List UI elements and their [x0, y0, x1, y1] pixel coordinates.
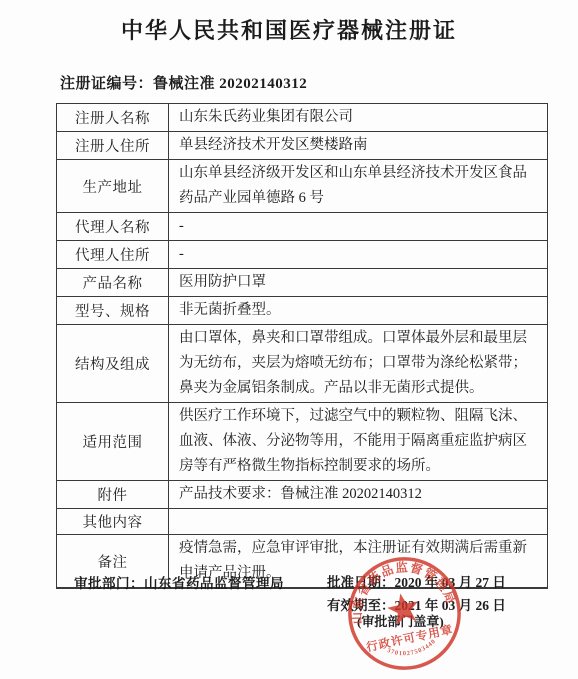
certificate-title: 中华人民共和国医疗器械注册证	[0, 14, 578, 45]
row-label: 注册人名称	[57, 104, 169, 132]
row-label: 结构及组成	[57, 325, 169, 403]
row-label: 注册人住所	[57, 132, 169, 160]
row-value	[169, 509, 548, 535]
approval-date-line: 批准日期：2020 年 03 月 27 日	[327, 571, 506, 591]
row-value: 山东朱氏药业集团有限公司	[169, 104, 548, 132]
row-label: 其他内容	[57, 509, 169, 535]
table-row: 生产地址山东单县经济级开发区和山东单县经济技术开发区食品药品产业园单德路 6 号	[57, 160, 548, 213]
registration-number-label: 注册证编号：	[60, 76, 153, 92]
certificate-document: 中华人民共和国医疗器械注册证 注册证编号：鲁械注准 20202140312 注册…	[0, 0, 578, 679]
row-value: 供医疗工作环境下，过滤空气中的颗粒物、阻隔飞沫、血液、体液、分泌物等用，不能用于…	[169, 403, 548, 481]
table-row: 产品名称医用防护口罩	[57, 269, 548, 297]
table-row: 代理人名称-	[57, 213, 548, 241]
row-value: 医用防护口罩	[169, 269, 548, 297]
row-value: 非无菌折叠型。	[169, 297, 548, 325]
registration-number-line: 注册证编号：鲁械注准 20202140312	[60, 72, 307, 93]
table-row: 附件产品技术要求：鲁械注准 20202140312	[57, 481, 548, 509]
row-label: 产品名称	[57, 269, 169, 297]
table-row: 结构及组成由口罩体，鼻夹和口罩带组成。口罩体最外层和最里层为无纺布，夹层为熔喷无…	[57, 325, 548, 403]
approval-department-line: 审批部门：山东省药品监督管理局	[74, 572, 284, 592]
registration-number-value: 鲁械注准 20202140312	[153, 76, 307, 92]
row-label: 型号、规格	[57, 297, 169, 325]
row-value: -	[169, 213, 548, 241]
row-value: 由口罩体，鼻夹和口罩带组成。口罩体最外层和最里层为无纺布，夹层为熔喷无纺布；口罩…	[169, 325, 548, 403]
table-row: 其他内容	[57, 509, 548, 535]
row-value: 产品技术要求：鲁械注准 20202140312	[169, 481, 548, 509]
row-value: 单县经济技术开发区樊楼路南	[169, 132, 548, 160]
table-row: 型号、规格非无菌折叠型。	[57, 297, 548, 325]
row-label: 生产地址	[57, 160, 169, 213]
table-row: 注册人名称山东朱氏药业集团有限公司	[57, 104, 548, 132]
row-label: 代理人名称	[57, 213, 169, 241]
table-row: 代理人住所-	[57, 241, 548, 269]
row-value: -	[169, 241, 548, 269]
row-label: 适用范围	[57, 403, 169, 481]
row-label: 附件	[57, 481, 169, 509]
certificate-table: 注册人名称山东朱氏药业集团有限公司 注册人住所单县经济技术开发区樊楼路南 生产地…	[56, 103, 548, 589]
stamp-serial-number: 3701027503440	[385, 637, 440, 662]
table-row: 适用范围供医疗工作环境下，过滤空气中的颗粒物、阻隔飞沫、血液、体液、分泌物等用，…	[57, 403, 548, 481]
table-row: 注册人住所单县经济技术开发区樊楼路南	[57, 132, 548, 160]
svg-text:3701027503440: 3701027503440	[385, 637, 440, 662]
seal-note: (审批部门盖章)	[357, 611, 444, 630]
row-value: 山东单县经济级开发区和山东单县经济技术开发区食品药品产业园单德路 6 号	[169, 160, 548, 213]
row-label: 代理人住所	[57, 241, 169, 269]
